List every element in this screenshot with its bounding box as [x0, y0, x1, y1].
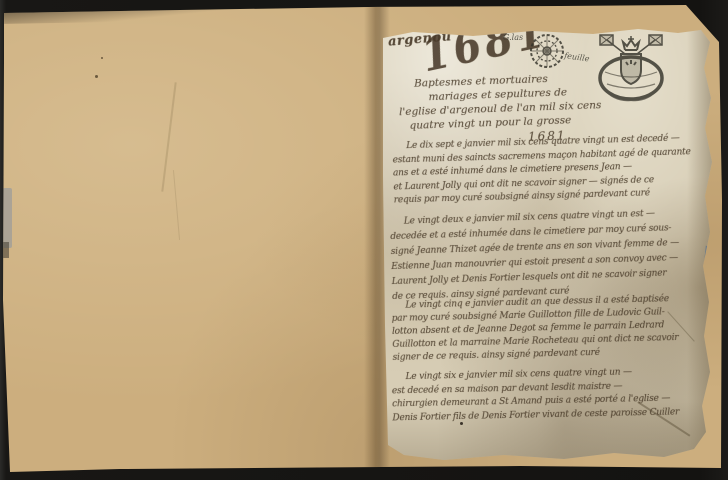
paper-speck — [95, 75, 98, 78]
register-entry-2: Le vingt deux e janvier mil six cens qua… — [390, 205, 715, 305]
stamp-caption-left: G.las — [503, 33, 523, 42]
paper-crease — [173, 170, 180, 240]
register-entry-3: Le vingt cinq e janvier audit an que des… — [391, 292, 714, 365]
register-entry-1: Le dix sept e janvier mil six cens quatr… — [392, 132, 716, 208]
page-corner-shadow — [4, 6, 224, 24]
stamp-caption-right: feuille — [563, 51, 591, 64]
register-entry-4: Le vingt six e janvier mil six cens quat… — [391, 365, 714, 426]
binding-tape-mark — [3, 188, 12, 248]
manuscript-page: argenou 1681 G.las feuille — [383, 26, 713, 462]
page-edge-notch — [2, 242, 9, 258]
scanned-book-photo: argenou 1681 G.las feuille — [0, 0, 728, 480]
paper-speck — [101, 57, 103, 59]
